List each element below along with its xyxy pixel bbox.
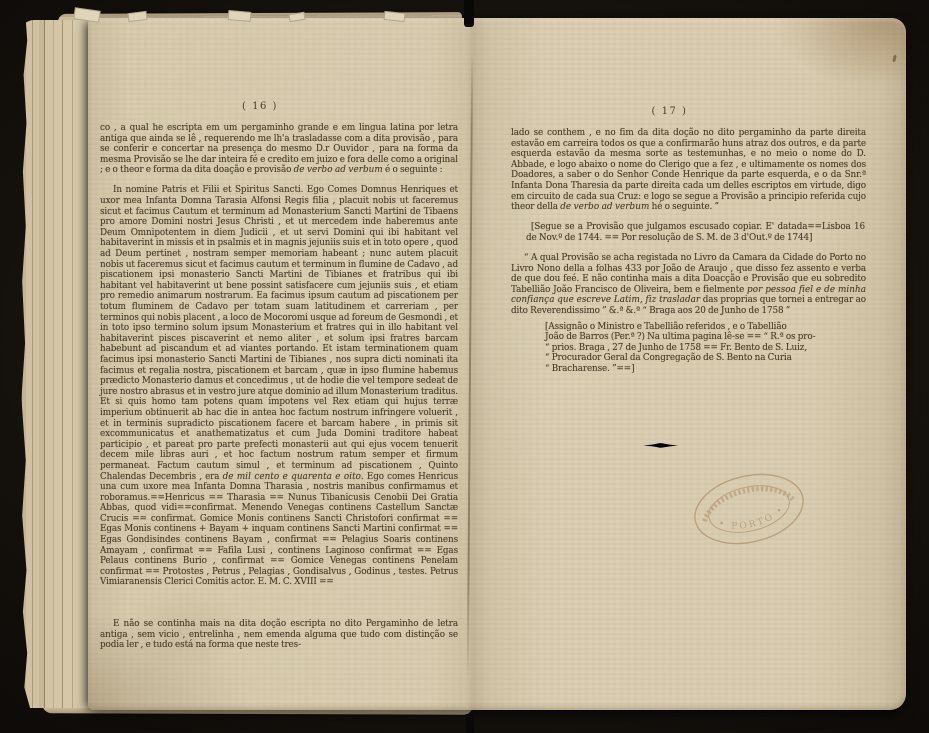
paragraph: “ A qual Provisão se acha registada no L… xyxy=(511,253,866,317)
paper-chip xyxy=(228,10,252,22)
page-number-right: ( 17 ) xyxy=(492,106,847,117)
paragraph: co , a qual he escripta em um pergaminho… xyxy=(100,123,458,176)
page-17-text: lado se conthem , e no fim da dita doção… xyxy=(511,128,866,374)
paragraph: [Assignão o Ministro e Tabellião referid… xyxy=(545,322,854,375)
book-scan: ( 16 ) co , a qual he escripta em um per… xyxy=(0,0,929,733)
page-number-left: ( 16 ) xyxy=(81,101,439,112)
page-17: ( 17 ) lado se conthem , e no fim da dit… xyxy=(511,106,866,374)
page-stack-edges-left xyxy=(20,20,92,708)
paragraph: lado se conthem , e no fim da dita doção… xyxy=(511,128,866,213)
book-cradle-clamp-top xyxy=(464,0,474,27)
gutter-fold-line xyxy=(467,52,473,682)
page-16: ( 16 ) co , a qual he escripta em um per… xyxy=(100,101,458,651)
book-cradle-clamp-bottom xyxy=(466,714,474,733)
paragraph: [Segue se a Provisão que julgamos escusa… xyxy=(526,222,865,243)
paragraph: In nomine Patris et Filii et Spiritus Sa… xyxy=(100,185,458,588)
paragraph: E não se continha mais na dita doção esc… xyxy=(100,619,458,651)
page-16-text: co , a qual he escripta em um pergaminho… xyxy=(100,123,458,651)
section-divider-ornament xyxy=(643,435,679,444)
